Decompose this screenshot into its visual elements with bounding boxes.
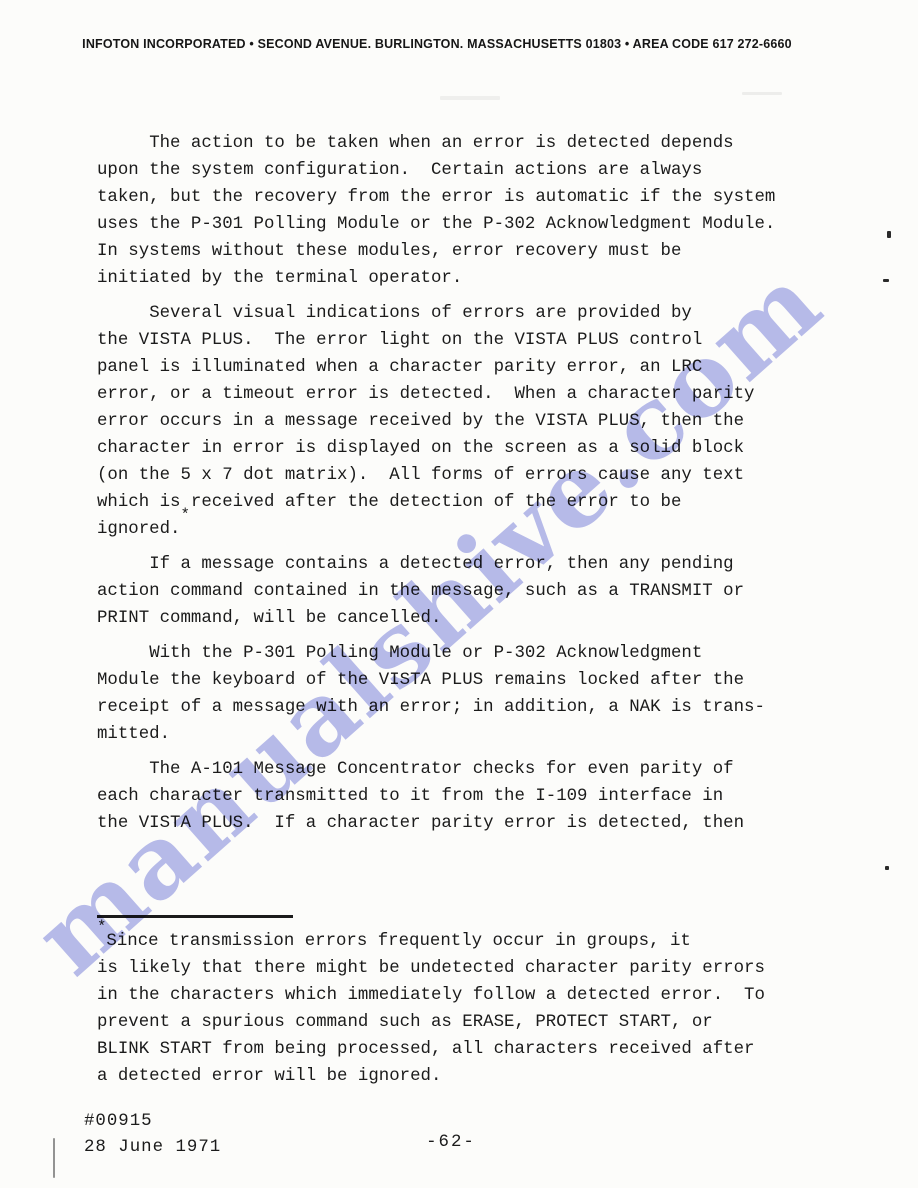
paragraph-keyboard-lock-text: With the P-301 Polling Module or P-302 A… — [97, 644, 765, 744]
paragraph-visual-indications: Several visual indications of errors are… — [97, 300, 813, 543]
paragraph-detected-error-text: If a message contains a detected error, … — [97, 555, 744, 628]
document-body: The action to be taken when an error is … — [97, 130, 813, 845]
document-page: INFOTON INCORPORATED • SECOND AVENUE. BU… — [0, 0, 918, 1188]
scan-smudge — [440, 96, 500, 100]
document-number: #00915 — [84, 1109, 221, 1135]
footnote-rule — [97, 915, 293, 918]
paragraph-error-action: The action to be taken when an error is … — [97, 130, 813, 292]
footnote-text: Since transmission errors frequently occ… — [97, 932, 765, 1086]
scan-speck — [885, 866, 889, 870]
page-number: -62- — [0, 1133, 902, 1152]
footnote: *Since transmission errors frequently oc… — [97, 928, 813, 1090]
paragraph-keyboard-lock: With the P-301 Polling Module or P-302 A… — [97, 640, 813, 748]
letterhead: INFOTON INCORPORATED • SECOND AVENUE. BU… — [17, 36, 856, 51]
paragraph-error-action-text: The action to be taken when an error is … — [97, 134, 775, 288]
paragraph-message-concentrator: The A-101 Message Concentrator checks fo… — [97, 756, 813, 837]
paragraph-detected-error: If a message contains a detected error, … — [97, 551, 813, 632]
scan-speck — [883, 279, 889, 282]
paragraph-visual-indications-text: Several visual indications of errors are… — [97, 304, 754, 539]
footnote-reference-asterisk: * — [181, 506, 190, 524]
scan-line-artifact — [53, 1138, 55, 1178]
letterhead-text: INFOTON INCORPORATED • SECOND AVENUE. BU… — [82, 36, 792, 51]
paragraph-message-concentrator-text: The A-101 Message Concentrator checks fo… — [97, 760, 744, 833]
scan-speck — [887, 231, 891, 238]
footnote-marker-asterisk: * — [97, 918, 106, 936]
scan-smudge — [742, 92, 782, 95]
